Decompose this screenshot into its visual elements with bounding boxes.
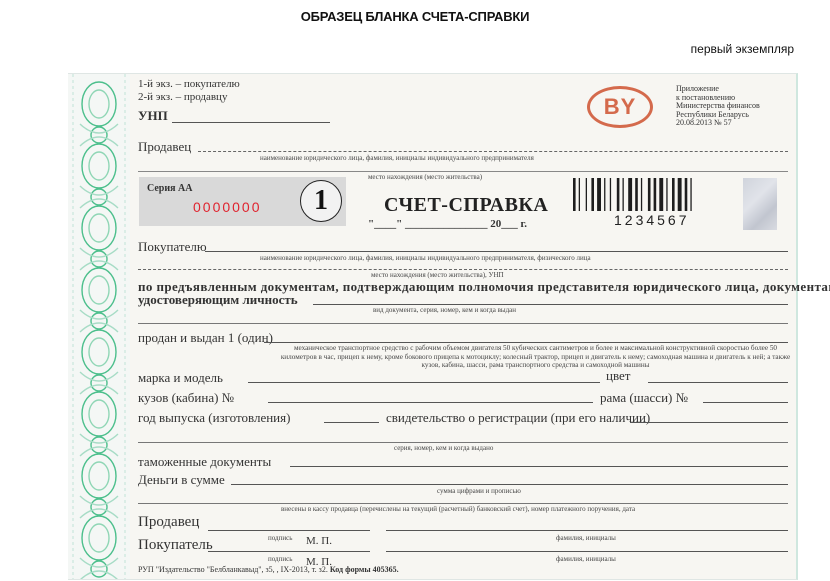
money-label: Деньги в сумме: [138, 472, 225, 488]
body-number-field[interactable]: [268, 389, 597, 405]
invoice-form: 1-й экз. – покупателю 2-й экз. – продавц…: [68, 73, 798, 580]
buyer-name-field[interactable]: [205, 237, 792, 253]
registration-hint: серия, номер, кем и когда выдано: [394, 444, 493, 452]
buyer-signature-field[interactable]: [208, 537, 374, 553]
registration-details-field[interactable]: [138, 429, 792, 445]
buyer-signature-hint: подпись: [268, 555, 292, 563]
seller-address-hint: место нахождения (место жительства): [368, 173, 482, 181]
series-number: 0000000: [193, 199, 262, 215]
publisher-info: РУП "Издательство "Белбланкавыд", з5, , …: [138, 565, 328, 574]
barcode: [573, 178, 733, 211]
seller-signature-field[interactable]: [208, 516, 374, 532]
customs-label: таможенные документы: [138, 454, 271, 470]
form-footer: РУП "Издательство "Белбланкавыд", з5, , …: [138, 565, 399, 574]
year-label: год выпуска (изготовления): [138, 410, 290, 426]
vehicle-hint: механическое транспортное средство с раб…: [278, 344, 793, 370]
year-field[interactable]: [324, 409, 383, 425]
unp-label: УНП: [138, 108, 168, 124]
barcode-number: 1234567: [614, 212, 690, 228]
sold-item-field[interactable]: [264, 329, 792, 345]
seller-address-field[interactable]: [138, 158, 792, 174]
authority-text-line-2: удостоверяющим личность: [138, 292, 298, 308]
customs-documents-field[interactable]: [290, 453, 792, 469]
frame-number-field[interactable]: [703, 389, 792, 405]
appendix-note: Приложение к постановлению Министерства …: [676, 85, 760, 128]
make-model-field[interactable]: [248, 369, 604, 385]
form-code-label: Код формы: [330, 565, 371, 574]
copy-2-note: 2-й экз. – продавцу: [138, 91, 227, 103]
color-field[interactable]: [648, 369, 792, 385]
copy-1-note: 1-й экз. – покупателю: [138, 78, 240, 90]
copy-number-badge: 1: [300, 180, 342, 222]
sold-label: продан и выдан 1 (один): [138, 330, 273, 346]
buyer-signature-label: Покупатель: [138, 537, 213, 554]
identity-document-field-2[interactable]: [138, 310, 792, 326]
body-number-label: кузов (кабина) №: [138, 390, 234, 406]
date-field[interactable]: "____" _______________ 20___ г.: [368, 218, 527, 230]
copy-note: первый экземпляр: [691, 42, 794, 56]
money-amount-field[interactable]: [231, 471, 792, 487]
document-title: СЧЕТ-СПРАВКА: [384, 194, 548, 217]
buyer-label: Покупателю: [138, 239, 207, 255]
buyer-address-field[interactable]: [138, 256, 792, 272]
form-code: 405365.: [373, 565, 399, 574]
frame-number-label: рама (шасси) №: [600, 390, 688, 406]
payment-hint: внесены в кассу продавца (перечислены на…: [281, 505, 635, 513]
page-title: ОБРАЗЕЦ БЛАНКА СЧЕТА-СПРАВКИ: [0, 9, 830, 24]
unp-field[interactable]: [172, 108, 334, 124]
buyer-name-initials-field[interactable]: [386, 537, 792, 553]
make-model-label: марка и модель: [138, 370, 223, 386]
by-logo: BY: [587, 86, 653, 128]
color-label: цвет: [606, 368, 630, 384]
hologram-sticker: [743, 178, 777, 230]
seller-label: Продавец: [138, 139, 191, 155]
identity-document-field[interactable]: [313, 291, 792, 307]
buyer-name-hint: фамилия, инициалы: [556, 555, 616, 563]
registration-field[interactable]: [630, 409, 792, 425]
guilloche-border-ornament: [68, 74, 130, 579]
seller-signature-label: Продавец: [138, 514, 199, 531]
series-label: Серия АА: [147, 183, 192, 194]
registration-label: свидетельство о регистрации (при его нал…: [386, 410, 650, 426]
buyer-address-hint: место нахождения (место жительства), УНП: [371, 271, 504, 279]
seller-name-initials-field[interactable]: [386, 516, 792, 532]
payment-details-field[interactable]: [138, 490, 792, 506]
seller-name-field[interactable]: [198, 137, 792, 153]
